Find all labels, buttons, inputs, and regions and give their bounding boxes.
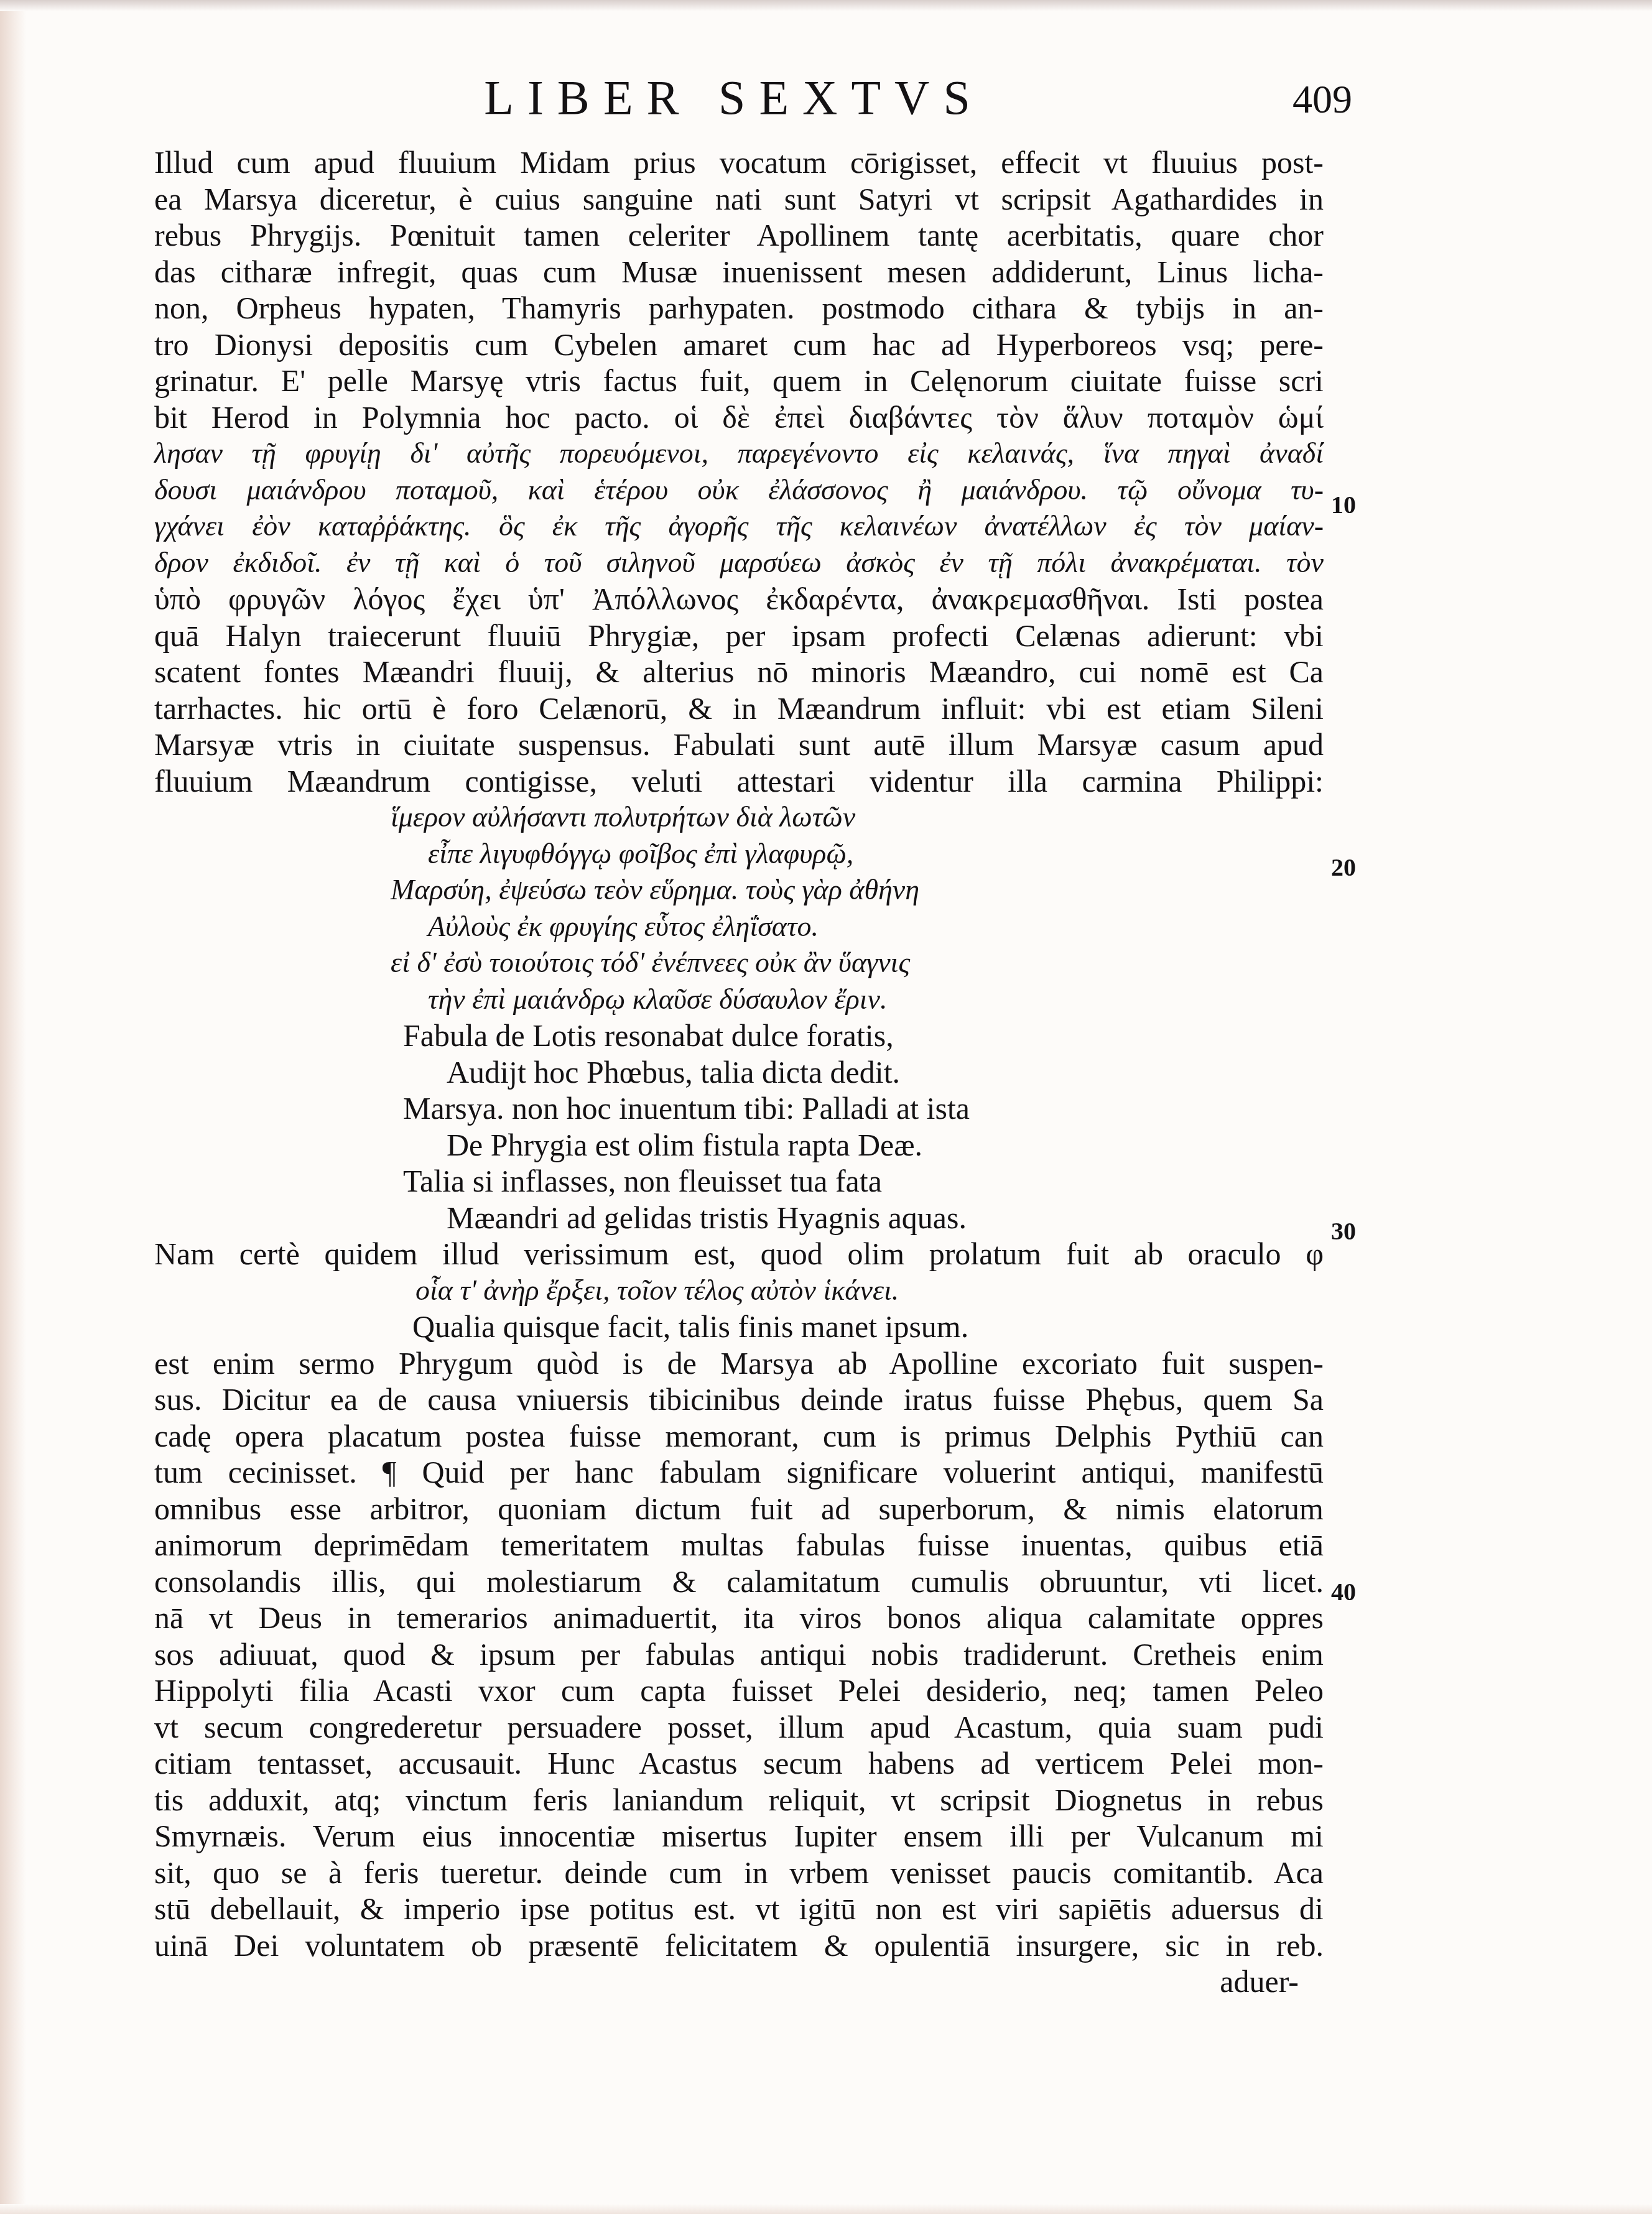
verse-latin-line: Audijt hoc Phœbus, talia dicta dedit. xyxy=(154,1054,1324,1091)
text-line: stū debellauit, & imperio ipse potitus e… xyxy=(154,1891,1324,1927)
text-line: citiam tentasset, accusauit. Hunc Acastu… xyxy=(154,1745,1324,1782)
text-line: quā Halyn traiecerunt fluuiū Phrygiæ, pe… xyxy=(154,618,1324,654)
text-line: vt secum congrederetur persuadere posset… xyxy=(154,1709,1324,1746)
greek-text-line: δουσι μαιάνδρου ποταμοῦ, καὶ ἑτέρου οὐκ … xyxy=(154,472,1324,509)
text-line: Smyrnæis. Verum eius innocentiæ misertus… xyxy=(154,1818,1324,1855)
verse-greek-line: τὴν ἐπὶ μαιάνδρῳ κλαῦσε δύσαυλον ἔριν. xyxy=(154,981,1324,1018)
greek-text-line: γχάνει ἐὸν καταῤῥάκτης. ὃς ἐκ τῆς ἀγορῆς… xyxy=(154,508,1324,545)
text-line: sit, quo se à feris tueretur. deinde cum… xyxy=(154,1855,1324,1891)
text-line: est enim sermo Phrygum quòd is de Marsya… xyxy=(154,1345,1324,1382)
text-line: bit Herod in Polymnia hoc pacto. οἱ δὲ ἐ… xyxy=(154,399,1324,436)
text-line: cadę opera placatum postea fuisse memora… xyxy=(154,1418,1324,1455)
verse-greek-line: εἰ δ' ἐσὺ τοιούτοις τόδ' ἐνέπνεες οὐκ ἂν… xyxy=(154,945,1324,981)
oracle-greek-line: οἷα τ' ἀνὴρ ἔρξει, τοῖον τέλος αὐτὸν ἱκά… xyxy=(154,1272,1324,1309)
text-line: tum cecinisset. ¶ Quid per hanc fabulam … xyxy=(154,1454,1324,1491)
margin-line-number: 20 xyxy=(1331,855,1356,880)
text-line: ea Marsya diceretur, è cuius sanguine na… xyxy=(154,181,1324,218)
page-edge-bottom xyxy=(0,2204,1652,2214)
text-line: scatent fontes Mæandri fluuij, & alteriu… xyxy=(154,654,1324,690)
page-number: 409 xyxy=(1292,80,1352,119)
greek-text-line: λησαν τῇ φρυγίῃ δι' αὐτῆς πορευόμενοι, π… xyxy=(154,435,1324,472)
verse-greek-line: ἵμερον αὐλήσαντι πολυτρήτων διὰ λωτῶν xyxy=(154,799,1324,836)
verse-greek-line: Αὐλοὺς ἐκ φρυγίης εὗτος ἐληΐσατο. xyxy=(154,909,1324,945)
text-line: omnibus esse arbitror, quoniam dictum fu… xyxy=(154,1491,1324,1527)
text-line: animorum deprimēdam temeritatem multas f… xyxy=(154,1527,1324,1563)
text-line: tis adduxit, atq; vinctum feris laniandu… xyxy=(154,1782,1324,1818)
page-edge-left xyxy=(0,0,26,2214)
verse-latin-line: Talia si inflasses, non fleuisset tua fa… xyxy=(154,1163,1324,1200)
text-line: tro Dionysi depositis cum Cybelen amaret… xyxy=(154,327,1324,363)
verse-latin-line: De Phrygia est olim fistula rapta Deæ. xyxy=(154,1127,1324,1164)
running-head: LIBER SEXTVS xyxy=(423,73,1045,122)
text-line: sos adiuuat, quod & ipsum per fabulas an… xyxy=(154,1636,1324,1673)
text-line: Hippolyti filia Acasti vxor cum capta fu… xyxy=(154,1672,1324,1709)
text-line: sus. Dicitur ea de causa vniuersis tibic… xyxy=(154,1381,1324,1418)
text-line: Illud cum apud fluuium Midam prius vocat… xyxy=(154,144,1324,181)
text-line: tarrhactes. hic ortū è foro Celænorū, & … xyxy=(154,690,1324,727)
text-line: fluuium Mæandrum contigisse, veluti atte… xyxy=(154,763,1324,800)
text-line: consolandis illis, qui molestiarum & cal… xyxy=(154,1563,1324,1600)
text-line: Nam certè quidem illud verissimum est, q… xyxy=(154,1236,1324,1272)
margin-line-number: 10 xyxy=(1331,493,1356,517)
text-line: das citharæ infregit, quas cum Musæ inue… xyxy=(154,254,1324,290)
verse-greek-line: Μαρσύη, ἐψεύσω τεὸν εὕρημα. τοὺς γὰρ ἀθή… xyxy=(154,872,1324,909)
catchword: aduer- xyxy=(154,1963,1324,2000)
verse-greek-line: εἶπε λιγυφθόγγῳ φοῖβος ἐπὶ γλαφυρῷ, xyxy=(154,836,1324,873)
greek-text-line: δρον ἐκδιδοῖ. ἐν τῇ καὶ ὁ τοῦ σιληνοῦ μα… xyxy=(154,545,1324,581)
main-text-block: Illud cum apud fluuium Midam prius vocat… xyxy=(154,144,1324,2000)
text-line: rebus Phrygijs. Pœnituit tamen celeriter… xyxy=(154,217,1324,254)
text-line: nā vt Deus in temerarios animaduertit, i… xyxy=(154,1600,1324,1636)
verse-latin-line: Marsya. non hoc inuentum tibi: Palladi a… xyxy=(154,1090,1324,1127)
text-line: uinā Dei voluntatem ob præsentē felicita… xyxy=(154,1927,1324,1964)
margin-line-number: 30 xyxy=(1331,1219,1356,1244)
oracle-latin-line: Qualia quisque facit, talis finis manet … xyxy=(154,1308,1324,1345)
margin-line-number: 40 xyxy=(1331,1580,1356,1605)
text-line: ὑπὸ φρυγῶν λόγος ἔχει ὑπ' Ἀπόλλωνος ἐκδα… xyxy=(154,581,1324,618)
text-line: Marsyæ vtris in ciuitate suspensus. Fabu… xyxy=(154,726,1324,763)
page-edge-top xyxy=(0,0,1652,11)
verse-latin-line: Mæandri ad gelidas tristis Hyagnis aquas… xyxy=(154,1200,1324,1236)
text-line: grinatur. E' pelle Marsyę vtris factus f… xyxy=(154,363,1324,399)
text-line: non, Orpheus hypaten, Thamyris parhypate… xyxy=(154,290,1324,327)
verse-latin-line: Fabula de Lotis resonabat dulce foratis, xyxy=(154,1017,1324,1054)
